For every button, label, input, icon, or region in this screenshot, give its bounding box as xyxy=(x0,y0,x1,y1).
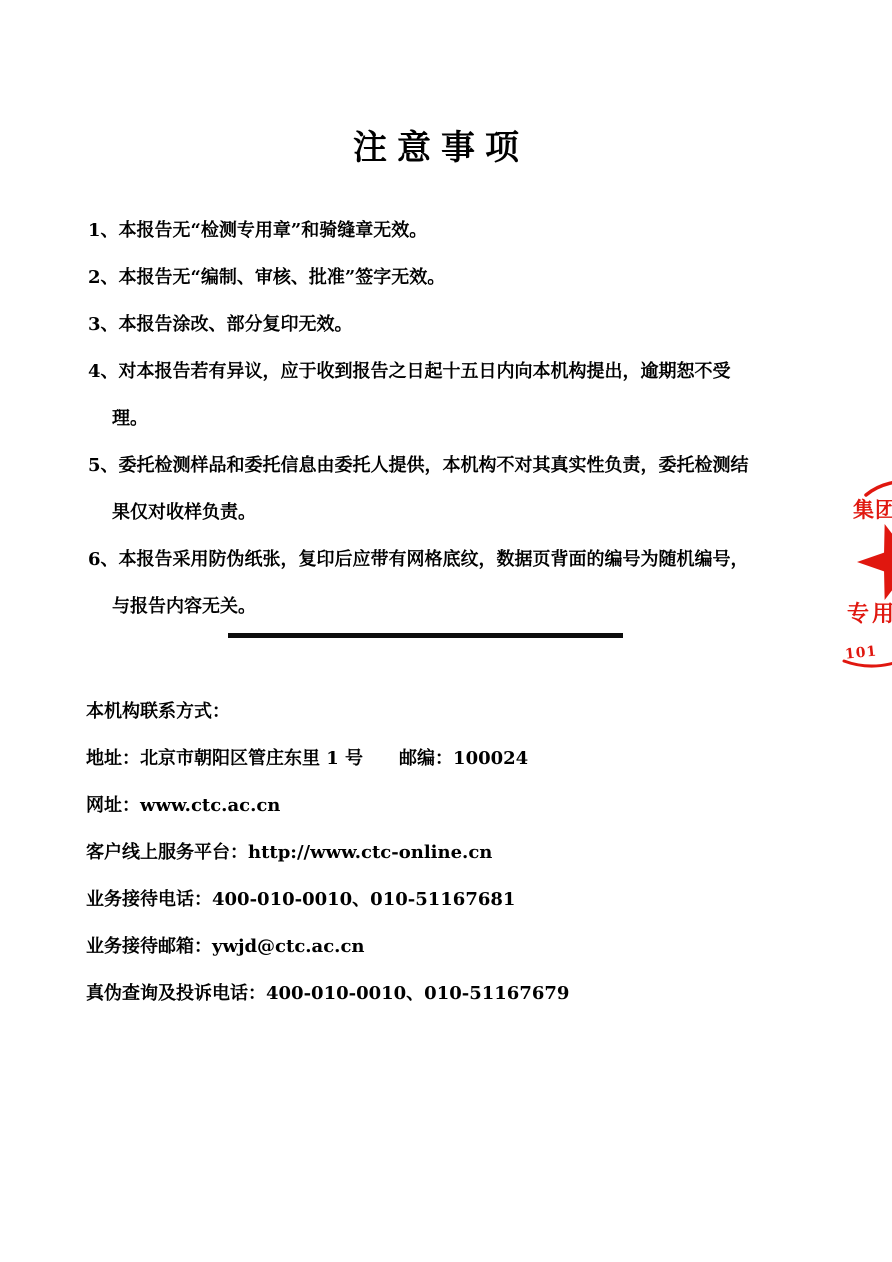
stamp-graphic: 集团 专用 101 xyxy=(842,473,892,678)
stamp-star-icon xyxy=(857,524,892,600)
report-notes-page: 注意事项 1、本报告无“检测专用章”和骑缝章无效。 2、本报告无“编制、审核、批… xyxy=(0,0,892,1262)
notes-list: 1、本报告无“检测专用章”和骑缝章无效。 2、本报告无“编制、审核、批准”签字无… xyxy=(88,207,764,630)
stamp-arc-text: 集团 xyxy=(853,497,892,522)
note-text: 对本报告若有异议，应于收到报告之日起十五日内向本机构提出，逾期恕不受理。 xyxy=(112,361,731,429)
note-number: 3、 xyxy=(88,314,119,335)
note-item-6: 6、本报告采用防伪纸张，复印后应带有网格底纹，数据页背面的编号为随机编号，与报告… xyxy=(88,536,764,630)
contact-line-online-platform: 客户线上服务平台：http://www.ctc-online.cn xyxy=(86,829,806,876)
note-text: 本报告涂改、部分复印无效。 xyxy=(119,314,353,335)
note-item-5: 5、委托检测样品和委托信息由委托人提供，本机构不对其真实性负责，委托检测结果仅对… xyxy=(88,442,764,536)
stamp-serial-number: 101 xyxy=(844,643,878,662)
note-text: 本报告无“检测专用章”和骑缝章无效。 xyxy=(119,220,428,241)
note-item-4: 4、对本报告若有异议，应于收到报告之日起十五日内向本机构提出，逾期恕不受理。 xyxy=(88,348,764,442)
note-text: 本报告无“编制、审核、批准”签字无效。 xyxy=(119,267,446,288)
stamp-border-arc-top xyxy=(866,482,892,495)
note-number: 2、 xyxy=(88,267,119,288)
note-number: 1、 xyxy=(88,220,119,241)
note-number: 5、 xyxy=(88,455,119,476)
note-text: 本报告采用防伪纸张，复印后应带有网格底纹，数据页背面的编号为随机编号，与报告内容… xyxy=(112,549,749,617)
contact-block: 本机构联系方式： 地址：北京市朝阳区管庄东里 1 号 邮编：100024 网址：… xyxy=(86,688,806,1017)
note-item-3: 3、本报告涂改、部分复印无效。 xyxy=(88,301,764,348)
page-title: 注意事项 xyxy=(0,120,887,169)
contact-line-service-phone: 业务接待电话：400-010-0010、010-51167681 xyxy=(86,876,806,923)
contact-line-service-email: 业务接待邮箱：ywjd@ctc.ac.cn xyxy=(86,923,806,970)
contact-line-address: 地址：北京市朝阳区管庄东里 1 号 邮编：100024 xyxy=(86,735,806,782)
section-divider-line xyxy=(228,633,623,638)
note-number: 4、 xyxy=(88,361,119,382)
stamp-label-text: 专用 xyxy=(847,601,892,627)
contact-line-website: 网址：www.ctc.ac.cn xyxy=(86,782,806,829)
red-seal-stamp: 集团 专用 101 xyxy=(842,473,892,678)
note-item-1: 1、本报告无“检测专用章”和骑缝章无效。 xyxy=(88,207,764,254)
contact-heading: 本机构联系方式： xyxy=(86,688,806,735)
contact-line-verify-phone: 真伪查询及投诉电话：400-010-0010、010-51167679 xyxy=(86,970,806,1017)
note-item-2: 2、本报告无“编制、审核、批准”签字无效。 xyxy=(88,254,764,301)
note-number: 6、 xyxy=(88,549,119,570)
note-text: 委托检测样品和委托信息由委托人提供，本机构不对其真实性负责，委托检测结果仅对收样… xyxy=(112,455,749,523)
